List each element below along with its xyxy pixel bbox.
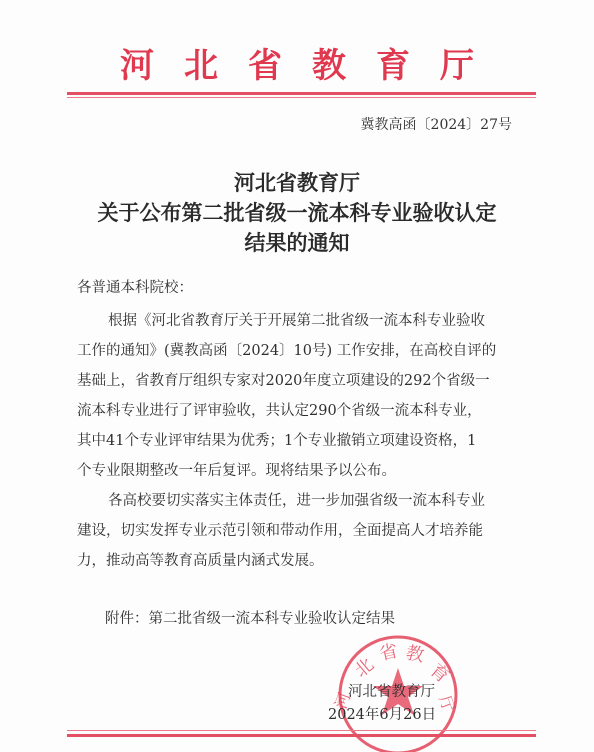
paragraph-1-line: 其中41个专业评审结果为优秀；1个专业撤销立项建设资格，1 bbox=[77, 429, 476, 450]
salutation: 各普通本科院校： bbox=[77, 276, 193, 297]
footer-rule-thin bbox=[67, 730, 536, 731]
paragraph-1-line: 个专业限期整改一年后复评。现将结果予以公布。 bbox=[77, 459, 396, 480]
title-line-1: 河北省教育厅 bbox=[0, 168, 594, 198]
masthead-title: 河北省教育厅 bbox=[0, 38, 594, 87]
paragraph-1-line: 基础上，省教育厅组织专家对2020年度立项建设的292个省级一 bbox=[77, 369, 490, 390]
title-line-2: 关于公布第二批省级一流本科专业验收认定 bbox=[0, 198, 594, 228]
paragraph-1-line: 工作的通知》(冀教高函〔2024〕10号) 工作安排，在高校自评的 bbox=[77, 339, 496, 360]
title-line-3: 结果的通知 bbox=[0, 228, 594, 258]
header-rule-thick bbox=[67, 92, 536, 95]
paragraph-2-line: 建设，切实发挥专业示范引领和带动作用，全面提高人才培养能 bbox=[77, 519, 483, 540]
paragraph-2-line: 各高校要切实落实主体责任，进一步加强省级一流本科专业 bbox=[108, 489, 485, 510]
svg-text:省: 省 bbox=[378, 641, 400, 665]
header-rule-thin bbox=[67, 97, 536, 98]
svg-text:教: 教 bbox=[404, 642, 426, 666]
paragraph-2-line: 力，推动高等教育高质量内涵式发展。 bbox=[77, 549, 324, 570]
document-number: 冀教高函〔2024〕27号 bbox=[361, 114, 512, 134]
footer-rule-thick bbox=[67, 734, 536, 737]
paragraph-1-line: 根据《河北省教育厅关于开展第二批省级一流本科专业验收 bbox=[108, 309, 485, 330]
paragraph-1-line: 流本科专业进行了评审验收，共认定290个省级一流本科专业， bbox=[77, 399, 482, 420]
attachment-line: 附件：第二批省级一流本科专业验收认定结果 bbox=[105, 607, 395, 628]
signature-date: 2024年6月26日 bbox=[328, 703, 436, 724]
signature-organization: 河北省教育厅 bbox=[348, 680, 435, 701]
